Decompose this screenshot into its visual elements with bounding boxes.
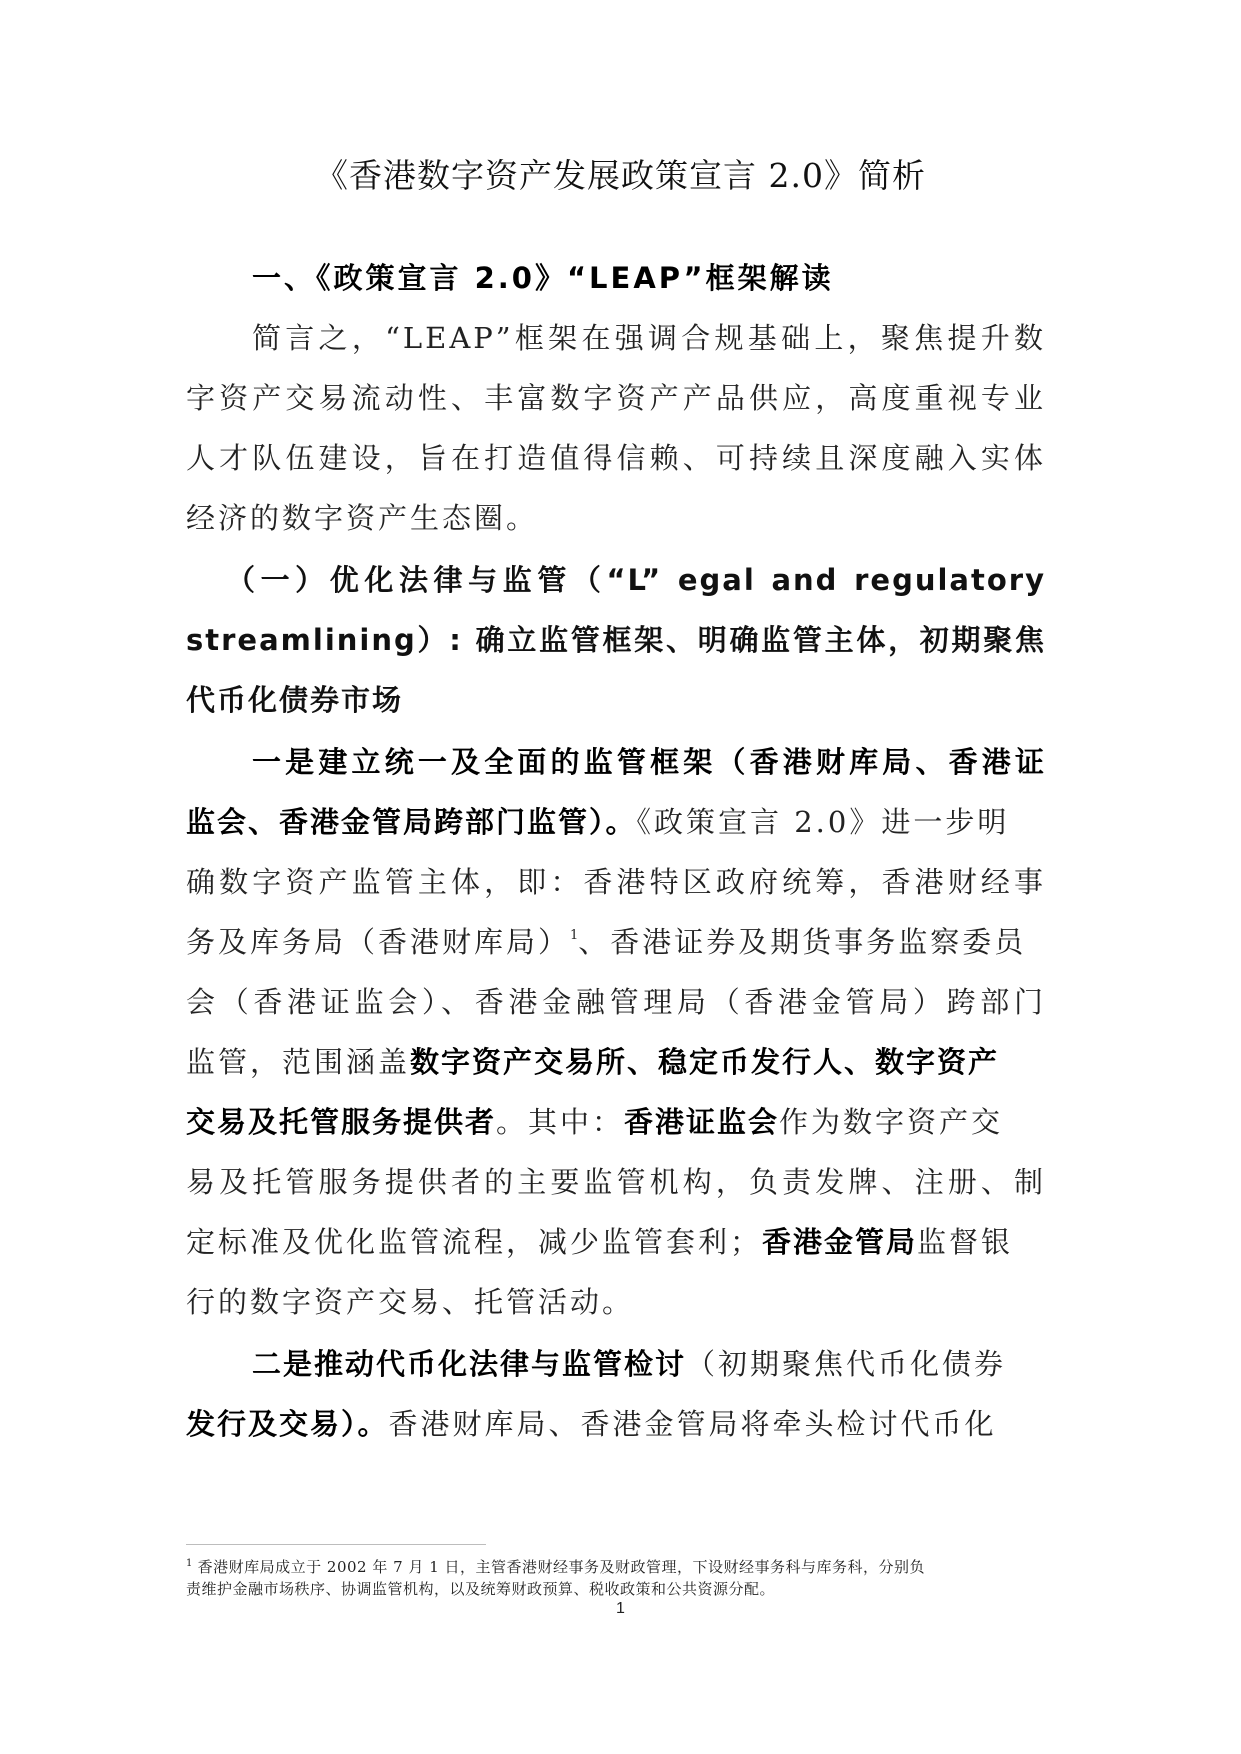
document-page: 《香港数字资产发展政策宣言 2.0》简析 一、《政策宣言 2.0》“LEAP”框… — [0, 0, 1241, 1754]
text-span: 监管，范围涵盖 — [186, 1045, 410, 1079]
footnote-text: 香港财库局成立于 2002 年 7 月 1 日，主管香港财经事务及财政管理，下设… — [198, 1558, 925, 1576]
paragraph-line: 行的数字资产交易、托管活动。 — [186, 1282, 1046, 1322]
paragraph-line: 简言之，“LEAP”框架在强调合规基础上，聚焦提升数 — [252, 318, 1046, 358]
paragraph-line: 交易及托管服务提供者。其中：香港证监会作为数字资产交 — [186, 1102, 1046, 1142]
text-span: 香港财库局、香港金管局将牵头检讨代币化 — [389, 1407, 997, 1441]
bold-span: 香港金管局 — [762, 1225, 917, 1259]
point-2-heading: 二是推动代币化法律与监管检讨 — [252, 1347, 686, 1381]
text-span: 、香港证券及期货事务监察委员 — [578, 925, 1026, 959]
footnote-separator — [186, 1544, 486, 1545]
point-2-heading-cont: 发行及交易）。 — [186, 1407, 389, 1441]
footnote-number: 1 — [186, 1558, 192, 1569]
text-span: （初期聚焦代币化债券 — [686, 1347, 1006, 1381]
document-title: 《香港数字资产发展政策宣言 2.0》简析 — [0, 150, 1241, 197]
footnote-line: 责维护金融市场秩序、协调监管机构，以及统筹财政预算、税收政策和公共资源分配。 — [186, 1578, 1046, 1600]
subsection-heading-line: 代币化债券市场 — [186, 680, 1046, 720]
paragraph-line: 易及托管服务提供者的主要监管机构，负责发牌、注册、制 — [186, 1162, 1046, 1202]
paragraph-line: 监会、香港金管局跨部门监管）。《政策宣言 2.0》进一步明 — [186, 802, 1046, 842]
point-1-heading-cont: 监会、香港金管局跨部门监管）。 — [186, 805, 637, 839]
paragraph-line: 发行及交易）。香港财库局、香港金管局将牵头检讨代币化 — [186, 1404, 1046, 1444]
paragraph-line: 确数字资产监管主体，即：香港特区政府统筹，香港财经事 — [186, 862, 1046, 902]
page-number: 1 — [0, 1600, 1241, 1618]
paragraph-line: 务及库务局（香港财库局）1、香港证券及期货事务监察委员 — [186, 922, 1046, 962]
text-span: 监督银 — [917, 1225, 1013, 1259]
footnote-ref[interactable]: 1 — [570, 928, 578, 943]
subsection-heading-line: （一）优化法律与监管（“L” egal and regulatory — [226, 560, 1046, 600]
text-span: 《政策宣言 2.0》进一步明 — [637, 805, 1010, 839]
bold-span: 香港证监会 — [624, 1105, 779, 1139]
bold-span: 交易及托管服务提供者 — [186, 1105, 496, 1139]
point-1-heading: 一是建立统一及全面的监管框架（香港财库局、香港证 — [252, 742, 1046, 782]
text-span: 定标准及优化监管流程，减少监管套利； — [186, 1225, 762, 1259]
text-span: 作为数字资产交 — [779, 1105, 1003, 1139]
paragraph-line: 人才队伍建设，旨在打造值得信赖、可持续且深度融入实体 — [186, 438, 1046, 478]
paragraph-line: 监管，范围涵盖数字资产交易所、稳定币发行人、数字资产 — [186, 1042, 1046, 1082]
paragraph-line: 字资产交易流动性、丰富数字资产产品供应，高度重视专业 — [186, 378, 1046, 418]
text-span: 务及库务局（香港财库局） — [186, 925, 570, 959]
paragraph-line: 经济的数字资产生态圈。 — [186, 498, 1046, 538]
paragraph-line: 会（香港证监会）、香港金融管理局（香港金管局）跨部门 — [186, 982, 1046, 1022]
paragraph-line: 定标准及优化监管流程，减少监管套利；香港金管局监督银 — [186, 1222, 1046, 1262]
footnote-line: 1 香港财库局成立于 2002 年 7 月 1 日，主管香港财经事务及财政管理，… — [186, 1556, 1046, 1578]
paragraph-line: 二是推动代币化法律与监管检讨（初期聚焦代币化债券 — [252, 1344, 1046, 1384]
subsection-heading-line: streamlining）: 确立监管框架、明确监管主体，初期聚焦 — [186, 620, 1046, 660]
text-span: 。其中： — [496, 1105, 624, 1139]
section-heading-1: 一、《政策宣言 2.0》“LEAP”框架解读 — [252, 258, 1046, 298]
bold-span: 数字资产交易所、稳定币发行人、数字资产 — [410, 1045, 999, 1079]
